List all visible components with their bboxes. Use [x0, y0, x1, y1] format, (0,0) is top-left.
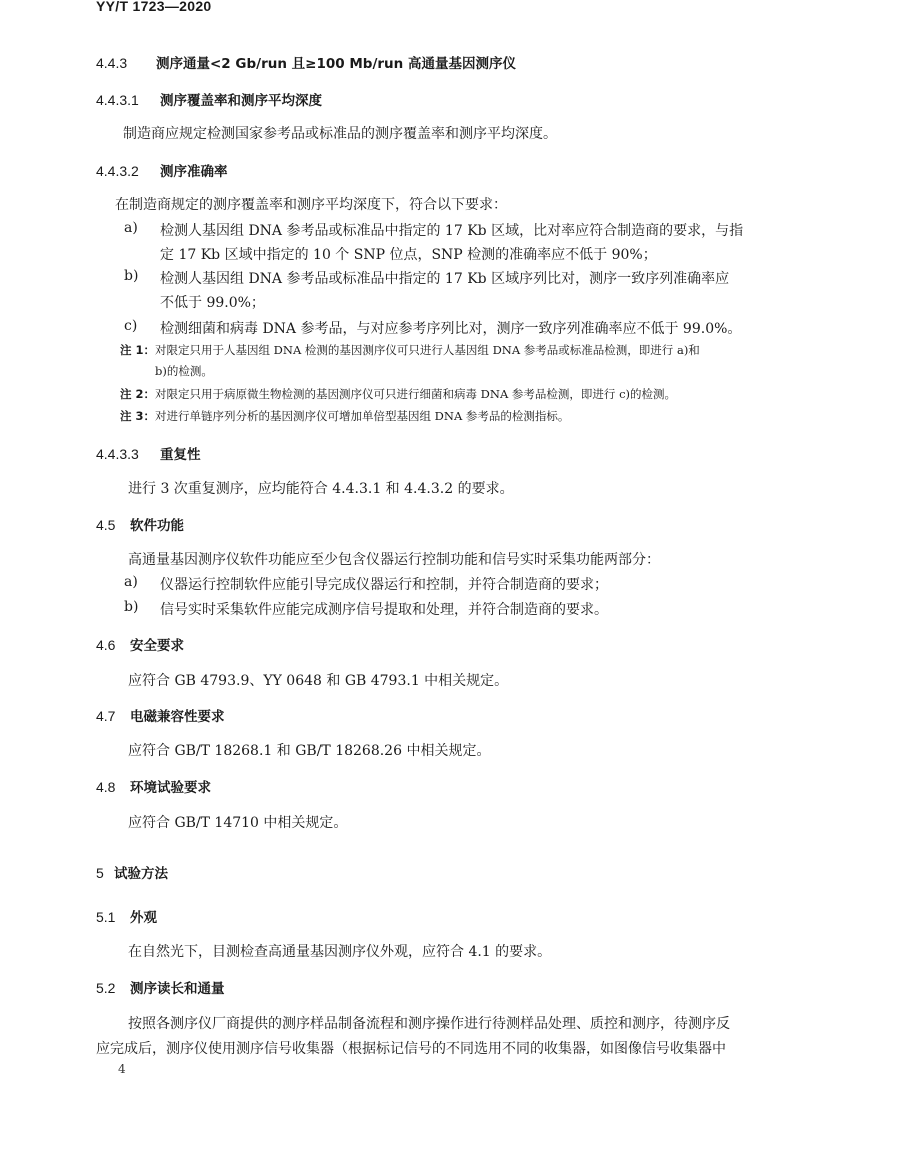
section-4-7-heading: 4.7电磁兼容性要求: [96, 705, 225, 725]
page-number: 4: [118, 1062, 126, 1076]
section-number: 4.8: [96, 779, 130, 795]
section-title: 测序通量<2 Gb/run 且≥100 Mb/run 高通量基因测序仪: [156, 52, 516, 72]
note-text: 对进行单链序列分析的基因测序仪可增加单倍型基因组 DNA 参考品的检测指标。: [155, 409, 569, 423]
list-item-text: 检测细菌和病毒 DNA 参考品，与对应参考序列比对，测序一致序列准确率应不低于 …: [160, 318, 741, 338]
note-1-cont: b)的检测。: [155, 363, 213, 379]
section-4-4-3-2-heading: 4.4.3.2测序准确率: [96, 160, 228, 180]
section-4-8-body: 应符合 GB/T 14710 中相关规定。: [128, 812, 347, 832]
list-item-marker: b): [124, 599, 138, 615]
section-4-6-body: 应符合 GB 4793.9、YY 0648 和 GB 4793.1 中相关规定。: [128, 670, 508, 690]
section-number: 4.7: [96, 708, 130, 724]
list-item-marker: c): [124, 318, 137, 334]
note-2: 注 2：对限定只用于病原微生物检测的基因测序仪可只进行细菌和病毒 DNA 参考品…: [120, 386, 676, 402]
list-item-marker: a): [124, 220, 138, 236]
section-title: 软件功能: [130, 514, 184, 534]
list-item-text: 仪器运行控制软件应能引导完成仪器运行和控制，并符合制造商的要求；: [160, 574, 608, 594]
section-5-2-heading: 5.2测序读长和通量: [96, 977, 225, 997]
section-5-1-heading: 5.1外观: [96, 906, 157, 926]
section-5-2-body-cont: 应完成后，测序仪使用测序信号收集器（根据标记信号的不同选用不同的收集器，如图像信…: [96, 1038, 726, 1058]
note-text: 对限定只用于病原微生物检测的基因测序仪可只进行细菌和病毒 DNA 参考品检测，即…: [155, 387, 676, 401]
section-4-6-heading: 4.6安全要求: [96, 634, 184, 654]
section-4-4-3-1-heading: 4.4.3.1测序覆盖率和测序平均深度: [96, 89, 322, 109]
section-number: 4.4.3.2: [96, 163, 160, 179]
section-title: 试验方法: [114, 862, 168, 882]
section-title: 安全要求: [130, 634, 184, 654]
section-title: 测序准确率: [160, 160, 228, 180]
note-1: 注 1：对限定只用于人基因组 DNA 检测的基因测序仪可只进行人基因组 DNA …: [120, 342, 700, 358]
section-4-8-heading: 4.8环境试验要求: [96, 776, 211, 796]
section-number: 5: [96, 865, 114, 881]
section-4-5-heading: 4.5软件功能: [96, 514, 184, 534]
section-title: 环境试验要求: [130, 776, 211, 796]
section-5-2-body: 按照各测序仪厂商提供的测序样品制备流程和测序操作进行待测样品处理、质控和测序，待…: [128, 1013, 730, 1033]
section-number: 4.5: [96, 517, 130, 533]
section-title: 重复性: [160, 443, 201, 463]
section-number: 5.2: [96, 980, 130, 996]
section-4-4-3-heading: 4.4.3测序通量<2 Gb/run 且≥100 Mb/run 高通量基因测序仪: [96, 52, 516, 72]
note-label: 注 1：: [120, 343, 155, 357]
section-4-4-3-1-body: 制造商应规定检测国家参考品或标准品的测序覆盖率和测序平均深度。: [123, 123, 557, 143]
section-4-4-3-3-heading: 4.4.3.3重复性: [96, 443, 201, 463]
list-item-text-cont: 定 17 Kb 区域中指定的 10 个 SNP 位点，SNP 检测的准确率应不低…: [160, 244, 657, 264]
note-label: 注 3：: [120, 409, 155, 423]
section-number: 4.4.3.3: [96, 446, 160, 462]
section-number: 4.4.3: [96, 55, 156, 71]
section-title: 测序读长和通量: [130, 977, 225, 997]
list-item-text: 检测人基因组 DNA 参考品或标准品中指定的 17 Kb 区域序列比对，测序一致…: [160, 268, 729, 288]
note-text: 对限定只用于人基因组 DNA 检测的基因测序仪可只进行人基因组 DNA 参考品或…: [155, 343, 700, 357]
section-title: 电磁兼容性要求: [130, 705, 225, 725]
section-4-5-intro: 高通量基因测序仪软件功能应至少包含仪器运行控制功能和信号实时采集功能两部分：: [128, 549, 660, 569]
section-5-heading: 5试验方法: [96, 862, 168, 882]
list-item-text-cont: 不低于 99.0%；: [160, 292, 265, 312]
list-item-text: 信号实时采集软件应能完成测序信号提取和处理，并符合制造商的要求。: [160, 599, 608, 619]
standard-id-header: YY/T 1723—2020: [96, 0, 212, 14]
section-5-1-body: 在自然光下，目测检查高通量基因测序仪外观，应符合 4.1 的要求。: [128, 941, 551, 961]
list-item-marker: b): [124, 268, 138, 284]
list-item-text: 检测人基因组 DNA 参考品或标准品中指定的 17 Kb 区域，比对率应符合制造…: [160, 220, 743, 240]
section-4-7-body: 应符合 GB/T 18268.1 和 GB/T 18268.26 中相关规定。: [128, 740, 490, 760]
note-label: 注 2：: [120, 387, 155, 401]
section-number: 5.1: [96, 909, 130, 925]
section-title: 外观: [130, 906, 157, 926]
list-item-marker: a): [124, 574, 138, 590]
section-4-4-3-2-intro: 在制造商规定的测序覆盖率和测序平均深度下，符合以下要求：: [115, 194, 507, 214]
section-number: 4.6: [96, 637, 130, 653]
section-number: 4.4.3.1: [96, 92, 160, 108]
note-3: 注 3：对进行单链序列分析的基因测序仪可增加单倍型基因组 DNA 参考品的检测指…: [120, 408, 569, 424]
section-title: 测序覆盖率和测序平均深度: [160, 89, 322, 109]
section-4-4-3-3-body: 进行 3 次重复测序，应均能符合 4.4.3.1 和 4.4.3.2 的要求。: [128, 478, 514, 498]
